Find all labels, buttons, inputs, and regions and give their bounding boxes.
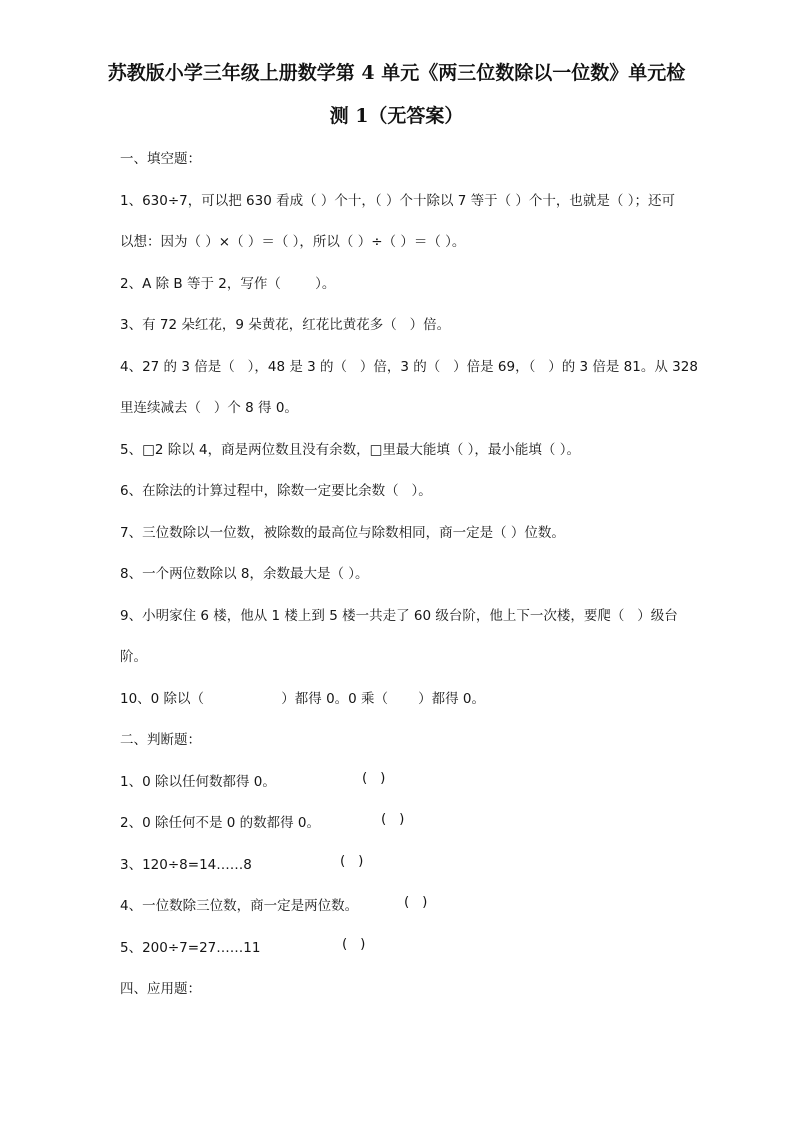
section-heading-true-false: 二、判断题： <box>120 728 201 748</box>
fill-question-9-line-1: 9、小明家住 6 楼，他从 1 楼上到 5 楼一共走了 60 级台阶，他上下一次… <box>120 604 678 624</box>
fill-question-5: 5、□2 除以 4，商是两位数且没有余数，□里最大能填（ ），最小能填（ ）。 <box>120 438 580 458</box>
judge-question-2: 2、0 除任何不是 0 的数都得 0。 <box>120 811 320 831</box>
fill-question-1-line-1: 1、630÷7，可以把 630 看成（ ）个十，（ ）个十除以 7 等于（ ）个… <box>120 189 675 209</box>
judge-answer-blank-3: ( ) <box>340 853 363 869</box>
judge-answer-blank-1: ( ) <box>362 770 385 786</box>
fill-question-1-line-2: 以想：因为（ ）×（ ）＝（ ），所以（ ）÷（ ）＝（ ）。 <box>120 230 465 250</box>
fill-question-4-line-1: 4、27 的 3 倍是（ ），48 是 3 的（ ）倍，3 的（ ）倍是 69，… <box>120 355 698 375</box>
judge-answer-blank-2: ( ) <box>381 811 404 827</box>
section-heading-fill-in: 一、填空题： <box>120 147 201 167</box>
fill-question-9-line-2: 阶。 <box>120 645 147 665</box>
judge-question-5: 5、200÷7=27……11 <box>120 936 260 956</box>
judge-question-1: 1、0 除以任何数都得 0。 <box>120 770 276 790</box>
judge-answer-blank-4: ( ) <box>404 894 427 910</box>
section-heading-word-problems: 四、应用题： <box>120 977 201 997</box>
document-title-line-1: 苏教版小学三年级上册数学第 4 单元《两三位数除以一位数》单元检 <box>0 58 793 85</box>
judge-answer-blank-5: ( ) <box>342 936 365 952</box>
fill-question-3: 3、有 72 朵红花，9 朵黄花，红花比黄花多（ ）倍。 <box>120 313 450 333</box>
fill-question-8: 8、一个两位数除以 8，余数最大是（ ）。 <box>120 562 369 582</box>
fill-question-4-line-2: 里连续减去（ ）个 8 得 0。 <box>120 396 298 416</box>
fill-question-2: 2、A 除 B 等于 2，写作（ ）。 <box>120 272 335 292</box>
document-page: 苏教版小学三年级上册数学第 4 单元《两三位数除以一位数》单元检 测 1（无答案… <box>0 0 793 1122</box>
document-title-line-2: 测 1（无答案） <box>0 101 793 128</box>
fill-question-7: 7、三位数除以一位数，被除数的最高位与除数相同，商一定是（ ）位数。 <box>120 521 565 541</box>
fill-question-6: 6、在除法的计算过程中，除数一定要比余数（ ）。 <box>120 479 432 499</box>
fill-question-10: 10、0 除以（ ）都得 0。0 乘（ ）都得 0。 <box>120 687 485 707</box>
judge-question-4: 4、一位数除三位数，商一定是两位数。 <box>120 894 358 914</box>
judge-question-3: 3、120÷8=14……8 <box>120 853 252 873</box>
